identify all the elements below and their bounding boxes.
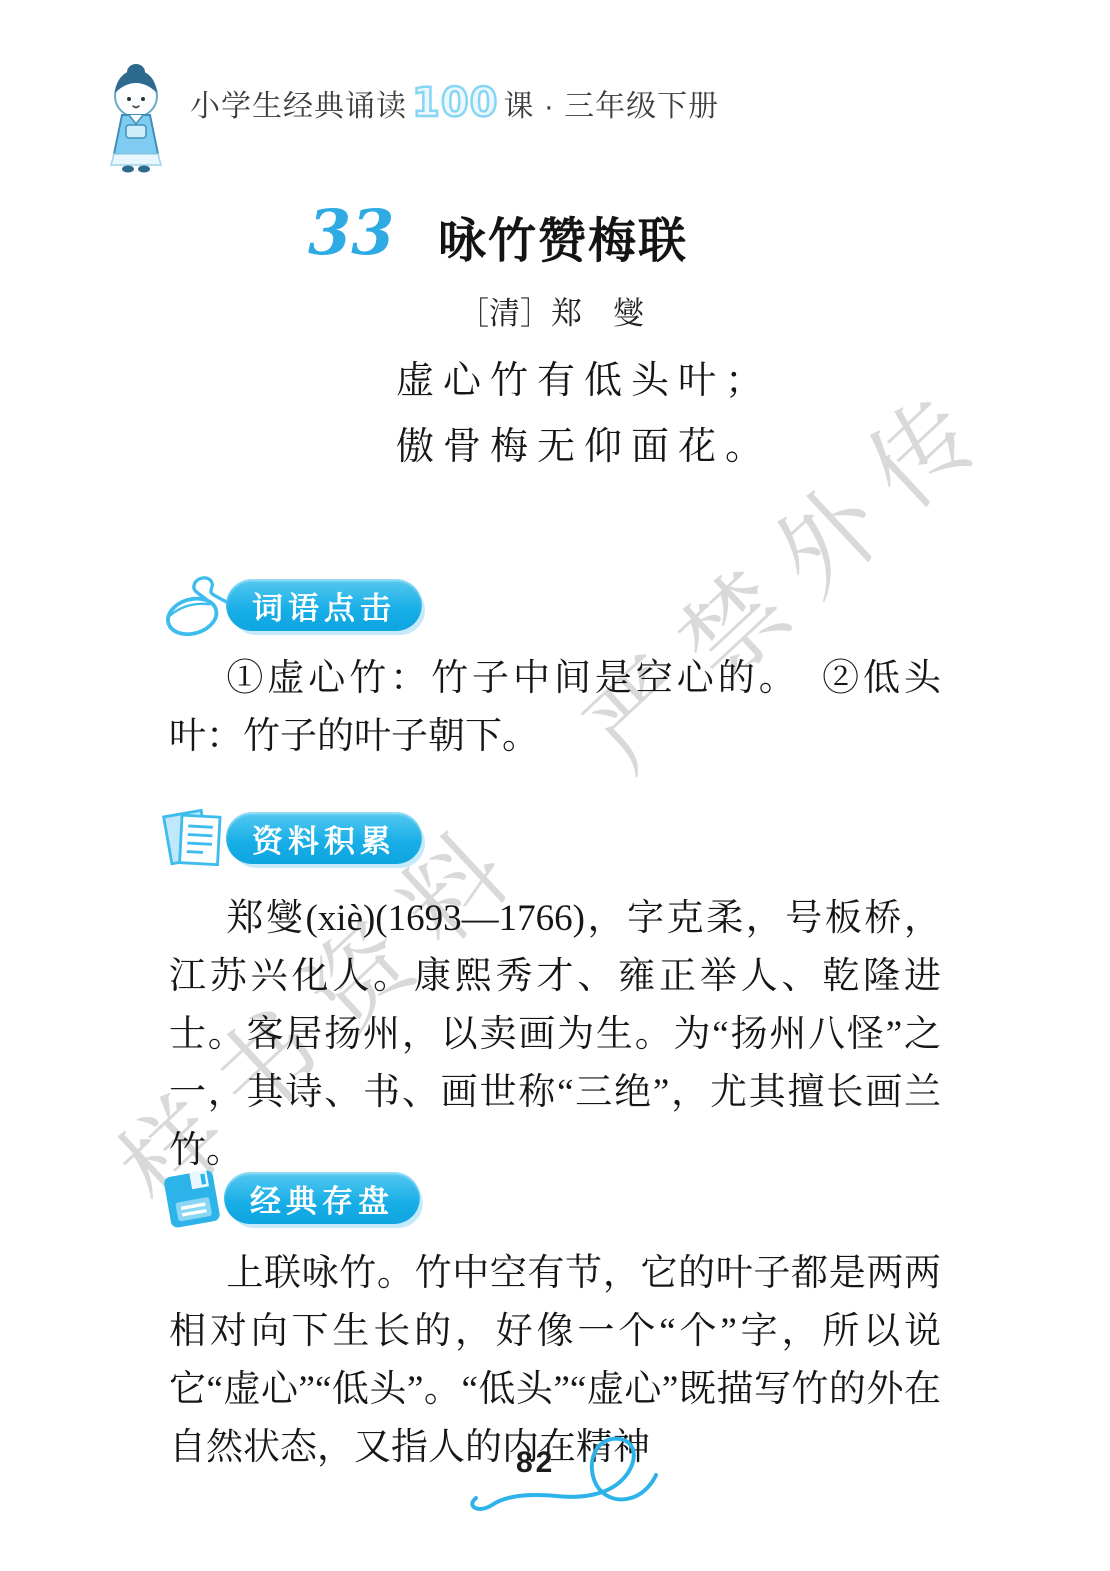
swirl-flourish-icon — [462, 1432, 674, 1524]
lesson-title: 咏竹赞梅联 — [438, 202, 688, 271]
lesson-author: ［清］郑 燮 — [458, 288, 644, 333]
section-badge-label: 经典存盘 — [224, 1172, 420, 1224]
word-notes-paragraph: ①虚心竹：竹子中间是空心的。 ②低头叶：竹子的叶子朝下。 — [169, 650, 941, 766]
section-badge-material: 资料积累 — [158, 801, 422, 875]
section-badge-word-click: 词语点击 — [158, 568, 422, 642]
couplet-line-1: 虚心竹有低头叶； — [396, 348, 772, 414]
book-page: 样书资料 严禁外传 小学生经典诵读 100 课 · 三年级下册 33 咏竹赞梅联… — [0, 0, 1110, 1571]
floppy-disk-icon — [156, 1161, 232, 1235]
mouse-icon — [158, 568, 234, 642]
section-badge-classic: 经典存盘 — [156, 1161, 420, 1235]
series-title-suffix: 课 · 三年级下册 — [504, 81, 720, 125]
couplet: 虚心竹有低头叶； 傲骨梅无仰面花。 — [396, 348, 772, 480]
series-title: 小学生经典诵读 100 课 · 三年级下册 — [190, 80, 719, 126]
page-number: 82 — [516, 1446, 555, 1480]
section-badge-label: 词语点击 — [226, 579, 422, 631]
page-footer: 82 — [462, 1430, 692, 1530]
series-number: 100 — [412, 80, 499, 126]
document-icon — [158, 801, 234, 875]
scholar-boy-mascot-icon — [96, 62, 180, 174]
page-header: 小学生经典诵读 100 课 · 三年级下册 — [96, 62, 719, 174]
couplet-line-2: 傲骨梅无仰面花。 — [396, 414, 772, 480]
section-badge-label: 资料积累 — [226, 812, 422, 864]
biography-paragraph: 郑燮(xiè)(1693—1766)，字克柔，号板桥，江苏兴化人。康熙秀才、雍正… — [169, 890, 941, 1180]
series-title-prefix: 小学生经典诵读 — [190, 81, 407, 125]
lesson-number: 33 — [308, 196, 394, 269]
